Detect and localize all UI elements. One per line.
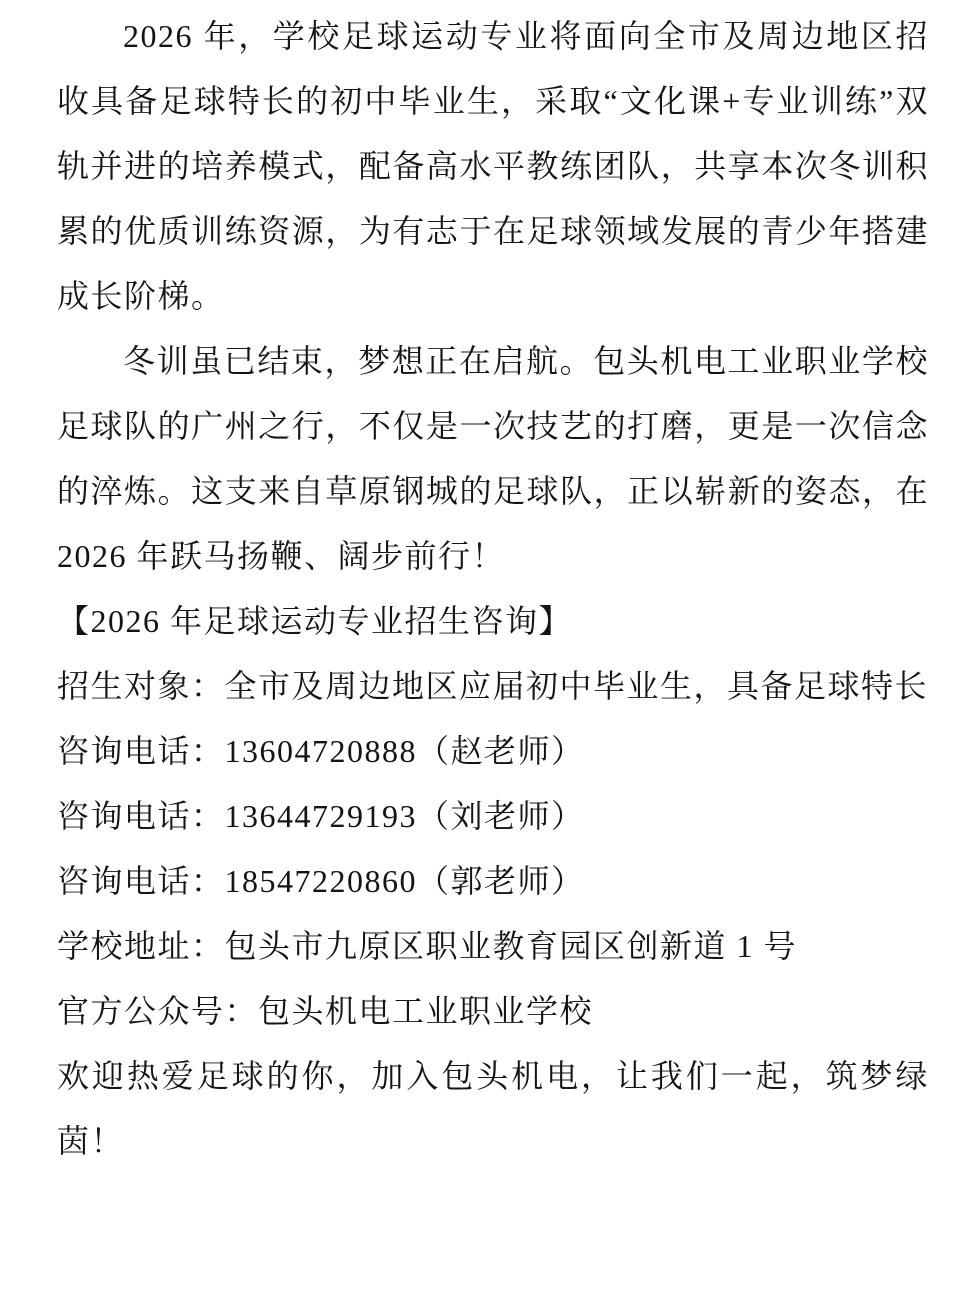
info-official-account: 官方公众号：包头机电工业职业学校: [57, 979, 929, 1044]
paragraph-recruitment-overview: 2026 年，学校足球运动专业将面向全市及周边地区招收具备足球特长的初中毕业生，…: [57, 4, 929, 329]
heading-admissions-consult: 【2026 年足球运动专业招生咨询】: [57, 589, 929, 654]
info-welcome-message: 欢迎热爱足球的你，加入包头机电，让我们一起，筑梦绿茵！: [57, 1044, 929, 1174]
info-target-audience: 招生对象：全市及周边地区应届初中毕业生，具备足球特长: [57, 654, 929, 719]
info-phone-guo: 咨询电话：18547220860（郭老师）: [57, 849, 929, 914]
paragraph-closing: 冬训虽已结束，梦想正在启航。包头机电工业职业学校足球队的广州之行，不仅是一次技艺…: [57, 329, 929, 589]
info-phone-zhao: 咨询电话：13604720888（赵老师）: [57, 719, 929, 784]
document-page: 2026 年，学校足球运动专业将面向全市及周边地区招收具备足球特长的初中毕业生，…: [57, 4, 929, 1174]
info-school-address: 学校地址：包头市九原区职业教育园区创新道 1 号: [57, 914, 929, 979]
info-phone-liu: 咨询电话：13644729193（刘老师）: [57, 784, 929, 849]
